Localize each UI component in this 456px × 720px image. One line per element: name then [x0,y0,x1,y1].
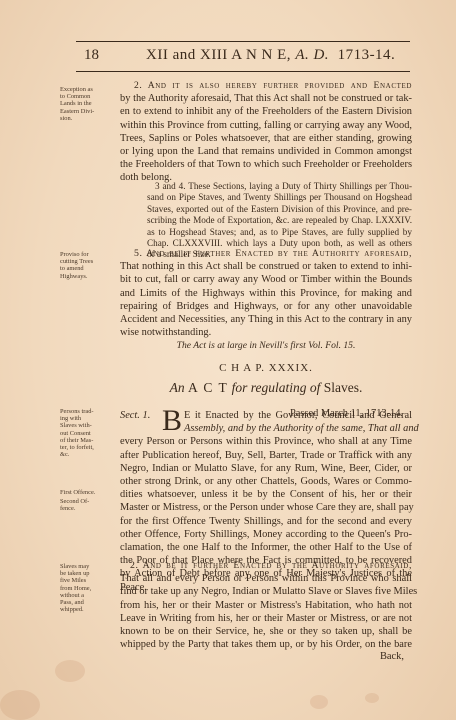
text-line: Master or Mistress, or the Person under … [120,501,412,514]
note-line: of their Mas- [60,437,104,444]
text-line: sand on Pipe Staves, and Twenty Shilling… [147,192,412,203]
text-line: That nothing in this Act shall be constr… [120,260,412,273]
text-line: E it Enacted by the Governor, Council an… [184,409,412,422]
note-line: whipped. [60,606,102,613]
section-2-eastern-division: 2. And it is also hereby further provide… [120,79,412,185]
text-line: Leave in Writing from his, her or their … [120,612,412,625]
text-line: That all and every Person or Persons wit… [120,572,412,585]
text-line: Accident and Necessities, any Thing in t… [120,313,412,326]
running-header: 18 XII and XIII A N N E, A. D. 1713-14. [84,45,410,67]
text-line: within this Province from cutting, falli… [120,119,412,132]
text-line: dities whatsoever, unless it be by the C… [120,488,412,501]
catchword: Back, [380,651,404,662]
header-title: XII and XIII A N N E, A. D. 1713-14. [146,47,395,64]
text-line: 2. And be it further Enacted by the Auth… [120,559,412,572]
text-line: known to be on their Service, he, she or… [120,625,412,638]
footnote-nevill: The Act is at large in Nevill's first Vo… [120,340,412,351]
note-line: Highways. [60,273,102,280]
note-line: Slaves may [60,563,102,570]
note-line: ter, to forfeit, [60,444,104,451]
note-line: Pass, and [60,599,102,606]
chapter-heading: C H A P. XXXIX. [120,362,412,374]
text-line: 2. And it is also hereby further provide… [120,79,412,92]
chapter-title-subject: Slaves. [324,380,363,395]
text-line: by the Authority aforesaid, That this Ac… [120,92,412,105]
chapter-section-2: 2. And be it further Enacted by the Auth… [120,559,412,651]
paper-stain [55,660,85,682]
text-line: find or take up any Negro, Indian or Mul… [120,585,412,598]
note-line: Eastern Divi- [60,108,102,115]
note-line: fence. [60,505,104,512]
text-line: Trees, Saplins or Poles whatsoever, that… [120,132,412,145]
header-rule-top [76,41,410,42]
text-line: bit to cut, fall or carry away any Wood … [120,273,412,286]
margin-note-offences: First Offence. Second Of- fence. [60,489,104,513]
note-line: First Offence. [60,489,104,496]
text-line: the Freeholders of that Town to which su… [120,158,412,171]
margin-note-trading: Persons trad- ing with Slaves with- out … [60,408,104,458]
text-line: and Limits of the Highways within this P… [120,287,412,300]
chapter-title-for: for regulating of [232,380,321,395]
text-line: en to extend to inhibit any of the Freeh… [120,105,412,118]
paper-stain [365,693,379,703]
note-line: Persons trad- [60,408,104,415]
margin-note-slaves-pass: Slaves may be taken up five Miles from H… [60,563,102,613]
chapter-title-an: An [170,380,185,395]
text-line: 5. And be it further Enacted by the Auth… [120,247,412,260]
note-line: without a [60,592,102,599]
note-line: Lands in the [60,100,102,107]
note-line: Exception as [60,86,102,93]
text-line: as to Hogshead Staves; and, as to Pipe S… [147,227,412,238]
header-rule-bottom [76,71,410,72]
note-line: from Home, [60,585,102,592]
text-line: Assembly, and by the Authority of the sa… [184,422,412,435]
note-line: cutting Trees [60,258,102,265]
text-line: from his, her or their Master or Mistres… [120,599,412,612]
drop-cap: B [162,407,182,435]
note-line: five Miles [60,577,102,584]
page-number: 18 [84,47,99,64]
text-line: 3 and 4. These Sections, laying a Duty o… [147,181,412,192]
text-line: Negro, Indian or Mulatto Slave, for any … [120,462,412,475]
section-1-opening: Sect. 1. B E it Enacted by the Governor,… [120,409,412,435]
text-line: for the first Offence Twenty Shillings, … [120,515,412,528]
note-line: Proviso for [60,251,102,258]
sect-label: Sect. 1. [120,409,150,422]
text-line: scribing the Mode of Exportation, &c. ar… [147,215,412,226]
note-line: to Common [60,93,102,100]
note-line: ing with [60,415,104,422]
header-title-reign: XII and XIII A N N E, [146,47,291,63]
margin-note-highways: Proviso for cutting Trees to amend Highw… [60,251,102,280]
text-line: clamation, the one Half to the Informer,… [120,541,412,554]
document-page: 18 XII and XIII A N N E, A. D. 1713-14. … [0,0,456,720]
text-line: wise notwithstanding. [120,326,412,339]
text-line: every Person or Persons within this Prov… [120,435,412,448]
note-line: &c. [60,451,104,458]
margin-note-eastern: Exception as to Common Lands in the East… [60,86,102,122]
chapter-title-act: A C T [188,380,228,395]
note-line: be taken up [60,570,102,577]
section-5-highways: 5. And be it further Enacted by the Auth… [120,247,412,339]
paper-stain [0,690,40,720]
header-title-year: 1713-14. [338,47,396,63]
text-line: other Offence, Forty Shillings, Money ac… [120,528,412,541]
note-line: Slaves with- [60,422,104,429]
text-line: repairing of Bridges and Highways, or fo… [120,300,412,313]
note-line: out Consent [60,430,104,437]
note-line: sion. [60,115,102,122]
text-line: whipped by the Party that takes them up,… [120,638,412,651]
chapter-title: An A C T for regulating of Slaves. [120,380,412,396]
header-title-ad: A. D. [295,47,329,63]
text-line: after Publication hereof, Buy, Sell, Bar… [120,449,412,462]
note-line: Second Of- [60,498,104,505]
note-line: to amend [60,265,102,272]
paper-stain [310,695,328,709]
text-line: other strong Drink, or any other Chattel… [120,475,412,488]
text-line: Staves, exported out of the Eastern Divi… [147,204,412,215]
text-line: or lying upon the Land that remains undi… [120,145,412,158]
